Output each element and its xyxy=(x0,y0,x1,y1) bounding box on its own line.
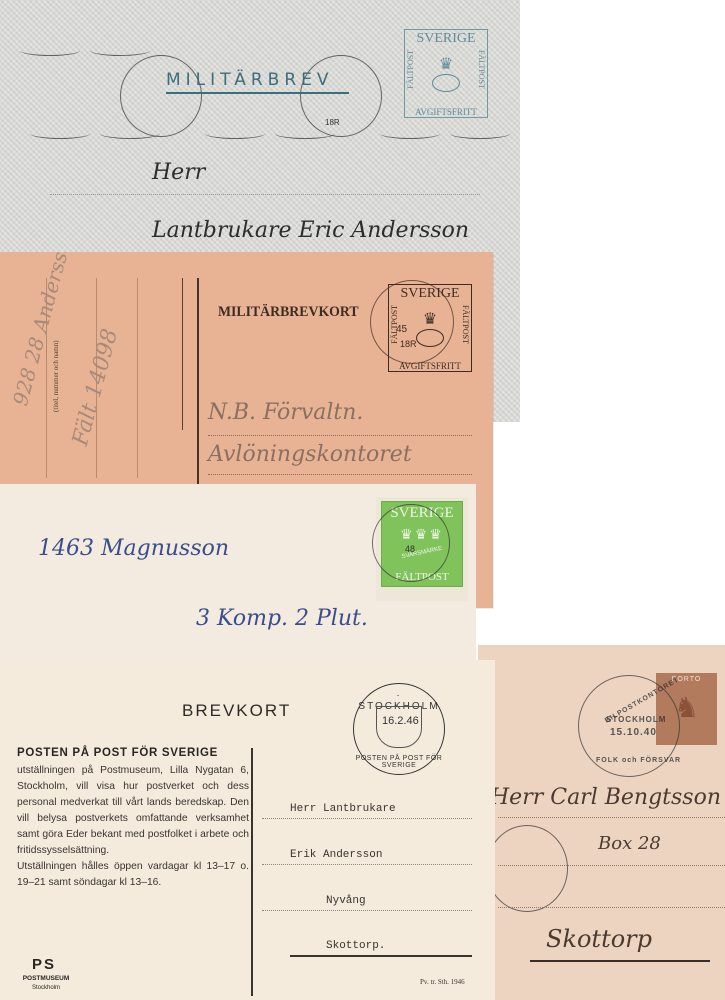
stamp-side-text: FÄLTPOST xyxy=(406,50,415,89)
sender-rule xyxy=(137,278,138,478)
cancellation-wave xyxy=(450,128,510,139)
postmark-motto: POSTEN PÅ POST FÖR SVERIGE xyxy=(354,755,444,769)
postmark-ring xyxy=(486,825,568,912)
stamp-country: SVERIGE xyxy=(405,31,487,47)
field-post-stamp: SVERIGE FÄLTPOST FÄLTPOST ♛ AVGIFTSFRITT xyxy=(404,29,488,118)
cancellation-wave xyxy=(205,128,265,139)
sender-handwriting: 928 28 Andersson xyxy=(8,252,79,408)
printer-note: Pv. tr. Sth. 1946 xyxy=(420,978,465,986)
cancellation-wave xyxy=(90,45,150,56)
postmark-year: 48 xyxy=(405,544,415,554)
sender-handwriting: Fält 14098 xyxy=(68,326,123,448)
address-line: 1463 Magnusson xyxy=(38,536,229,561)
stamp-value: AVGIFTSFRITT xyxy=(405,107,487,117)
address-line: Avlöningskontoret xyxy=(208,442,412,467)
address-rule xyxy=(262,910,472,911)
address-rule xyxy=(498,817,725,818)
cancellation-wave xyxy=(30,128,90,139)
postcard-title: MILITÄRBREVKORT xyxy=(218,304,359,321)
address-line: Herr xyxy=(152,160,205,185)
address-line: Erik Andersson xyxy=(290,849,382,861)
military-letter-title: MILITÄRBREV xyxy=(166,70,334,90)
stockholm-postmark: · STOCKHOLM · 16.2.46 POSTEN PÅ POST FÖR… xyxy=(353,683,445,775)
address-line: Herr Carl Bengtsson xyxy=(490,785,721,810)
address-rule xyxy=(262,864,472,865)
address-line: Herr Lantbrukare xyxy=(290,803,396,815)
postmark-ring xyxy=(370,280,454,364)
exhibition-paragraph: utställningen på Postmuseum, Lilla Nygat… xyxy=(17,763,249,859)
cancellation-wave xyxy=(20,45,80,56)
card-divider xyxy=(251,748,253,996)
title-underline xyxy=(166,92,349,94)
helmet-letters-icon xyxy=(376,706,422,748)
postmark-text: 18R xyxy=(325,118,340,127)
address-line: Box 28 xyxy=(598,833,661,854)
cancellation-wave xyxy=(380,128,440,139)
address-line: Lantbrukare Eric Andersson xyxy=(152,218,469,243)
sender-label: (titel, nummer och namn) xyxy=(52,340,60,412)
postmark-ring xyxy=(120,55,202,137)
address-final-rule xyxy=(530,960,710,962)
postmark-date: 15.10.40 xyxy=(610,727,657,738)
reply-envelope: SVERIGE ♛♛♛ SVARSMÄRKE FÄLTPOST 48 1463 … xyxy=(0,484,476,660)
postmark-text: 18R xyxy=(400,339,417,349)
divider-line xyxy=(182,278,183,430)
postmark-ring xyxy=(300,55,382,137)
postmark-ring xyxy=(372,504,450,582)
address-rule xyxy=(498,865,725,866)
postmuseum-city: Stockholm xyxy=(14,985,78,991)
address-rule xyxy=(498,907,725,908)
exhibition-hours: Utställningen hålles öppen vardagar kl 1… xyxy=(17,859,249,891)
divider-bar xyxy=(197,278,199,484)
postmuseum-name: POSTMUSEUM xyxy=(14,975,78,982)
address-line: Nyvång xyxy=(326,895,366,907)
exhibition-text: utställningen på Postmuseum, Lilla Nygat… xyxy=(17,763,249,891)
address-line: Skottorp xyxy=(546,925,652,953)
postmark-date: 16.2.46 xyxy=(380,715,421,727)
brevkort-heading: BREVKORT xyxy=(182,701,291,721)
crown-icon: ♛ xyxy=(439,54,453,74)
exhibition-title: POSTEN PÅ POST FÖR SVERIGE xyxy=(17,747,218,759)
address-rule xyxy=(262,818,472,819)
address-final-rule xyxy=(290,955,472,957)
stamp-side-text: FÄLTPOST xyxy=(477,50,486,89)
address-line: Skottorp. xyxy=(326,940,385,952)
stamp-side-text: FÄLTPOST xyxy=(461,305,470,344)
postmark-city: STOCKHOLM xyxy=(606,715,666,724)
post-horn-icon xyxy=(432,74,460,92)
postmuseum-logo: PS xyxy=(32,956,56,973)
address-rule xyxy=(208,474,472,475)
postmark-motto: FOLK och FÖRSVAR xyxy=(596,757,681,764)
address-rule xyxy=(50,194,480,195)
address-rule xyxy=(208,435,472,436)
address-line: 3 Komp. 2 Plut. xyxy=(196,606,368,631)
postmark-year: 45 xyxy=(396,324,407,335)
brevkort-card: BREVKORT POSTEN PÅ POST FÖR SVERIGE utst… xyxy=(0,660,495,1000)
address-line: N.B. Förvaltn. xyxy=(208,400,363,425)
bilpost-card: PORTO ♞ BILPOSTKONTORET STOCKHOLM 15.10.… xyxy=(478,645,725,1000)
